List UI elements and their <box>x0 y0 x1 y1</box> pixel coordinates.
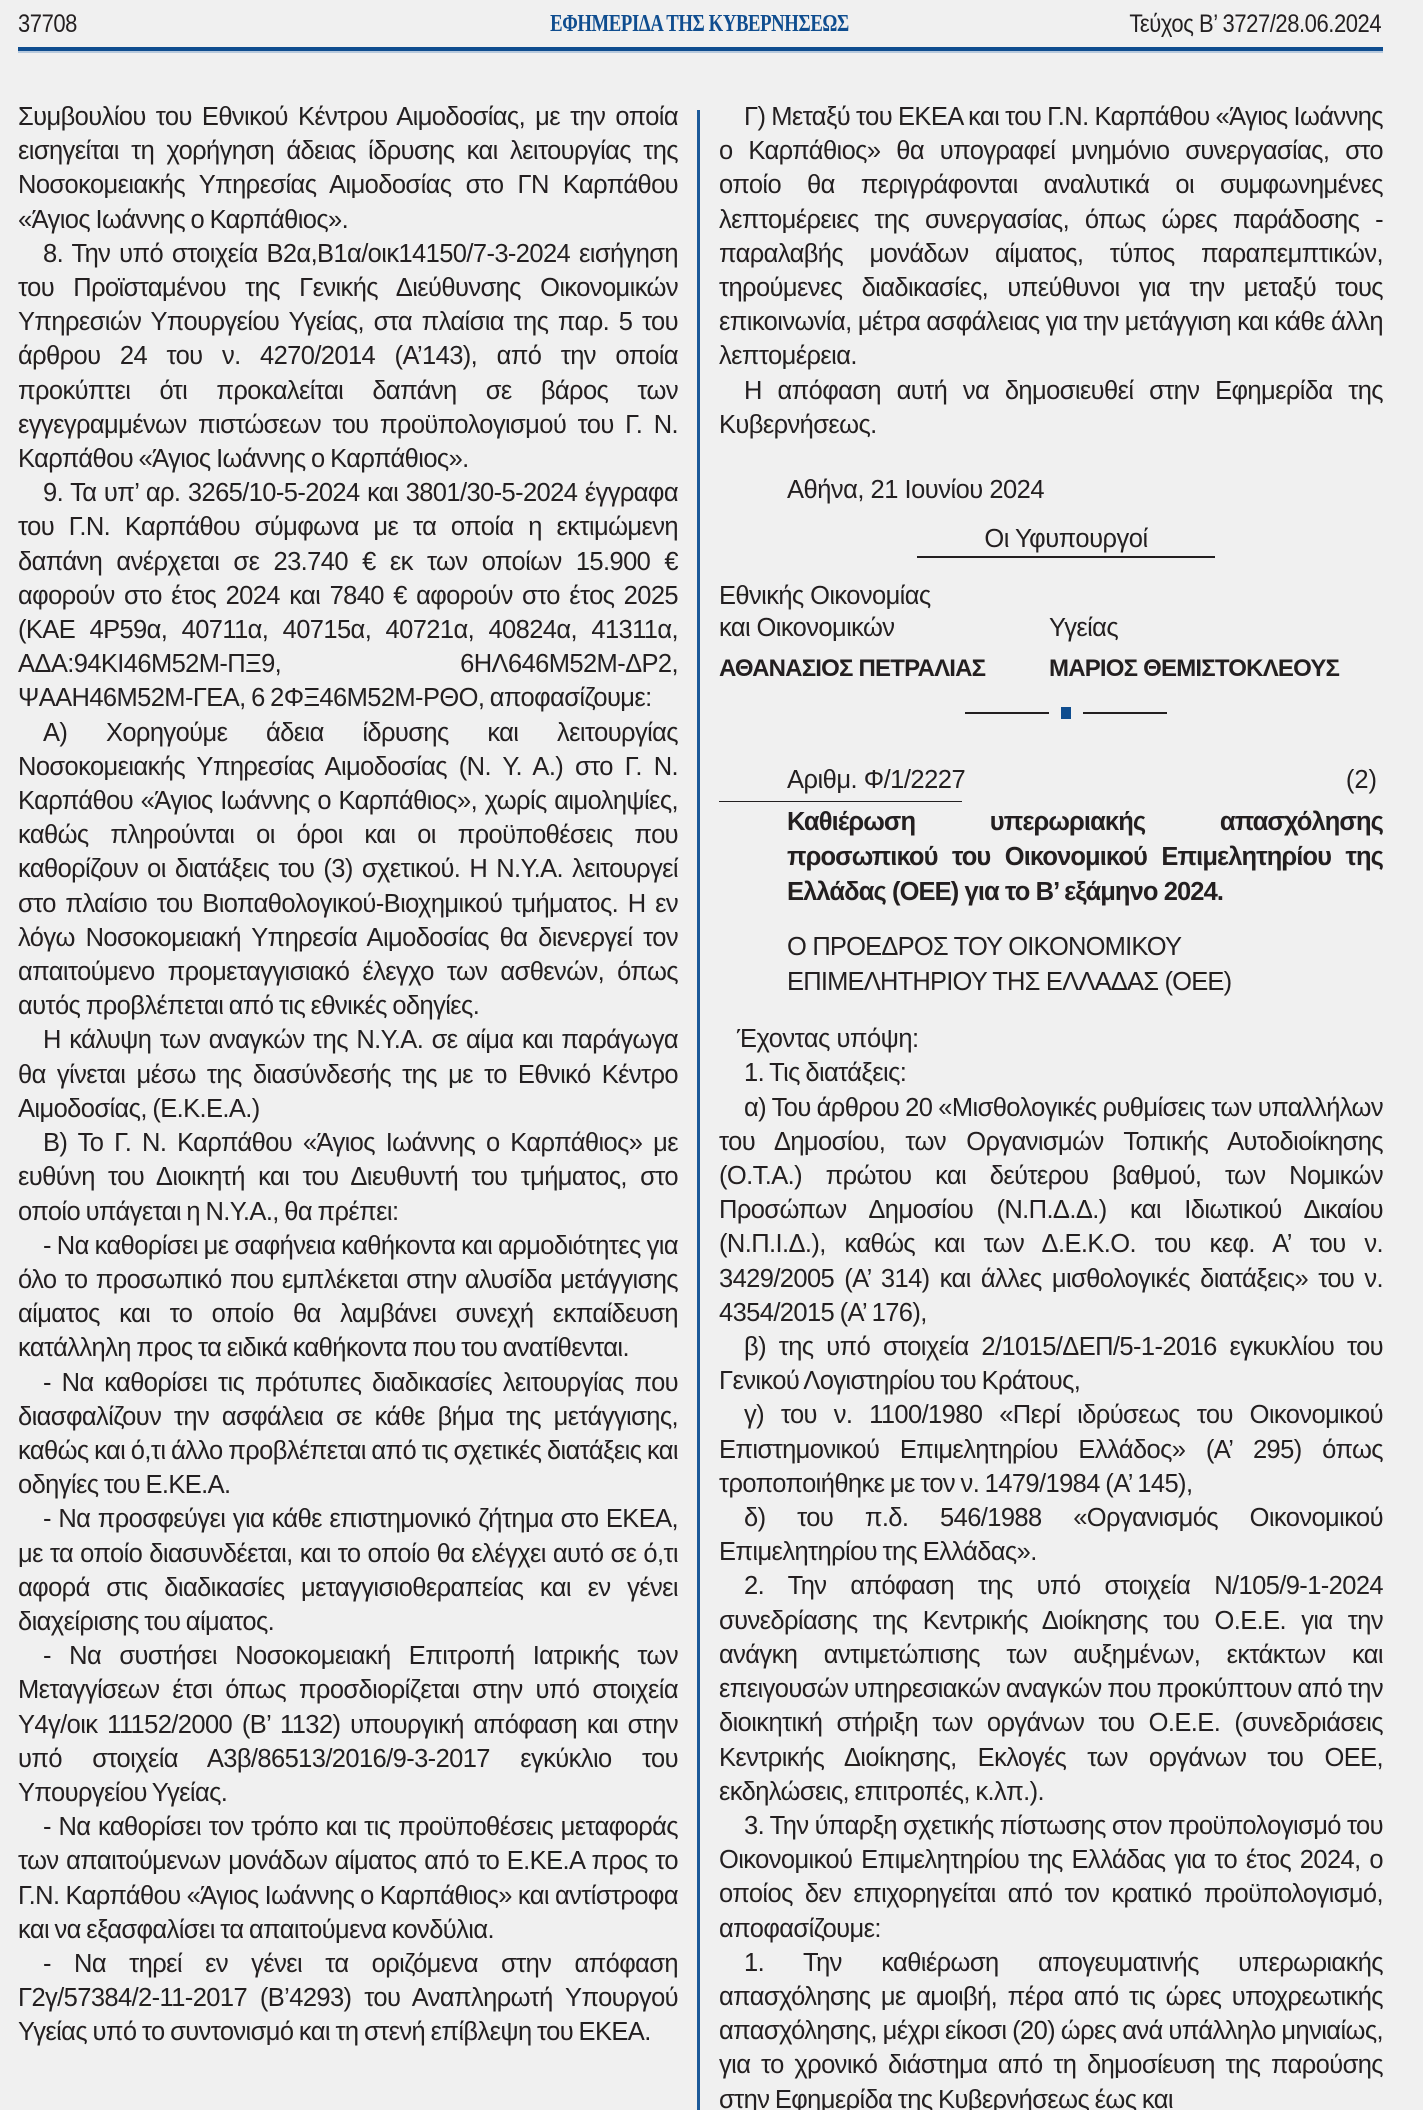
signatory-name: ΜΑΡΙΟΣ ΘΕΜΙΣΤΟΚΛΕΟΥΣ <box>1049 653 1383 685</box>
paragraph: Γ) Μεταξύ του ΕΚΕΑ και του Γ.Ν. Καρπάθου… <box>719 100 1383 374</box>
paragraph: - Να τηρεί εν γένει τα οριζόμενα στην απ… <box>18 1947 678 2050</box>
paragraph: - Να καθορίσει τις πρότυπες διαδικασίες … <box>18 1366 678 1503</box>
paragraph: 1. Τις διατάξεις: <box>719 1056 1383 1090</box>
section-separator <box>719 707 1383 719</box>
issuing-authority: Ο ΠΡΟΕΔΡΟΣ ΤΟΥ ΟΙΚΟΝΟΜΙΚΟΥ ΕΠΙΜΕΛΗΤΗΡΙΟΥ… <box>787 930 1383 1000</box>
paragraph: 1. Την καθιέρωση απογευματινής υπερωριακ… <box>719 1946 1383 2110</box>
paragraph: α) Του άρθρου 20 «Μισθολογικές ρυθμίσεις… <box>719 1091 1383 1330</box>
signature-title: Οι Υφυπουργοί <box>917 522 1215 558</box>
paragraph: Η κάλυψη των αναγκών της Ν.Υ.Α. σε αίμα … <box>18 1023 678 1126</box>
ministry-line: Υγείας <box>1049 612 1383 644</box>
signatory-name: ΑΘΑΝΑΣΙΟΣ ΠΕΤΡΑΛΙΑΣ <box>719 653 1049 685</box>
right-column: Γ) Μεταξύ του ΕΚΕΑ και του Γ.Ν. Καρπάθου… <box>719 100 1383 2110</box>
page-header: 37708 ΕΦΗΜΕΡΙΔΑ ΤΗΣ ΚΥΒΕΡΝΗΣΕΩΣ Τεύχος Β… <box>18 0 1381 50</box>
paragraph: 3. Την ύπαρξη σχετικής πίστωσης στον προ… <box>719 1809 1383 1946</box>
issue-number: Τεύχος Β’ 3727/28.06.2024 <box>1129 10 1381 39</box>
paragraph: - Να καθορίσει τον τρόπο και τις προϋποθ… <box>18 1810 678 1947</box>
separator-square-icon <box>1061 707 1071 719</box>
decision-subject: Καθιέρωση υπερωριακής απασχόλησης προσωπ… <box>787 805 1383 910</box>
paragraph: 8. Την υπό στοιχεία Β2α,Β1α/οικ14150/7-3… <box>18 237 678 476</box>
paragraph: δ) του π.δ. 546/1988 «Οργανισμός Οικονομ… <box>719 1501 1383 1569</box>
paragraph: Συμβουλίου του Εθνικού Κέντρου Αιμοδοσία… <box>18 100 678 237</box>
paragraph: Α) Χορηγούμε άδεια ίδρυσης και λειτουργί… <box>18 716 678 1024</box>
ministry-line: Εθνικής Οικονομίας <box>719 580 1049 612</box>
signature-place-date: Αθήνα, 21 Ιουνίου 2024 <box>787 473 1383 507</box>
paragraph: - Να καθορίσει με σαφήνεια καθήκοντα και… <box>18 1229 678 1366</box>
decision-rule <box>719 801 962 802</box>
paragraph: β) της υπό στοιχεία 2/1015/ΔΕΠ/5-1-2016 … <box>719 1330 1383 1398</box>
header-rule <box>18 47 1383 53</box>
decision-number: Αριθμ. Φ/1/2227 <box>787 763 965 797</box>
paragraph: 9. Τα υπ’ αρ. 3265/10-5-2024 και 3801/30… <box>18 476 678 715</box>
considering-heading: Έχοντας υπόψη: <box>737 1022 1383 1056</box>
ministry-line <box>1049 580 1383 612</box>
paragraph: γ) του ν. 1100/1980 «Περί ιδρύσεως του Ο… <box>719 1398 1383 1501</box>
signatory: Υγείας ΜΑΡΙΟΣ ΘΕΜΙΣΤΟΚΛΕΟΥΣ <box>1049 580 1383 685</box>
paragraph: Β) Το Γ. Ν. Καρπάθου «Άγιος Ιωάννης ο Κα… <box>18 1126 678 1229</box>
paragraph: 2. Την απόφαση της υπό στοιχεία Ν/105/9-… <box>719 1569 1383 1808</box>
paragraph: - Να προσφεύγει για κάθε επιστημονικό ζή… <box>18 1502 678 1639</box>
paragraph: - Να συστήσει Νοσοκομειακή Επιτροπή Ιατρ… <box>18 1639 678 1810</box>
decision-sequence: (2) <box>1346 763 1377 797</box>
decision-header: Αριθμ. Φ/1/2227 (2) <box>719 763 1383 799</box>
column-divider <box>697 110 700 2110</box>
signatory: Εθνικής Οικονομίας και Οικονομικών ΑΘΑΝΑ… <box>719 580 1049 685</box>
ministry-line: και Οικονομικών <box>719 612 1049 644</box>
left-column: Συμβουλίου του Εθνικού Κέντρου Αιμοδοσία… <box>18 100 678 2050</box>
paragraph: Η απόφαση αυτή να δημοσιευθεί στην Εφημε… <box>719 374 1383 442</box>
signatories: Εθνικής Οικονομίας και Οικονομικών ΑΘΑΝΑ… <box>719 580 1383 685</box>
